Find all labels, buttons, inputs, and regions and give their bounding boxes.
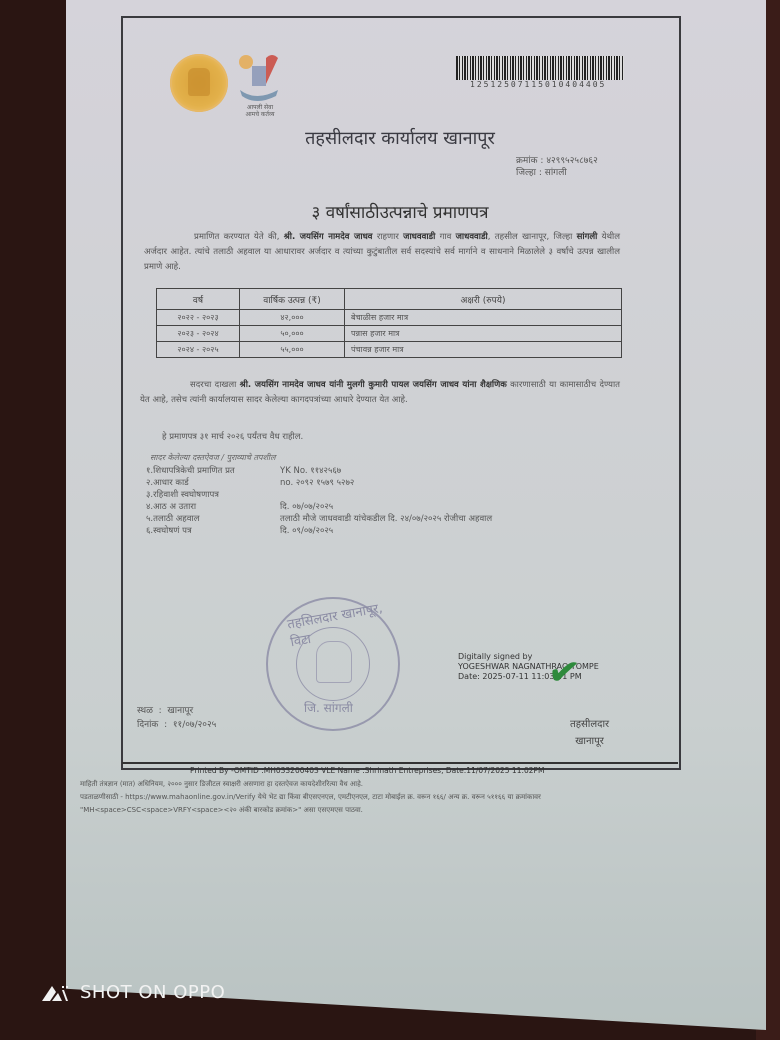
place-label: स्थळ bbox=[137, 706, 153, 716]
jilha-label: जिल्हा bbox=[516, 168, 536, 178]
aaple-sarkar-logo-icon bbox=[236, 50, 284, 112]
year-cell: २०२४ - २०२५ bbox=[157, 342, 240, 358]
document-item-value: दि. ०९/०७/२०२५ bbox=[280, 525, 333, 536]
certificate-title: ३ वर्षांसाठीउत्पन्नाचे प्रमाणपत्र bbox=[120, 200, 680, 223]
maharashtra-emblem-icon bbox=[170, 54, 228, 112]
year-cell: २०२३ - २०२४ bbox=[157, 326, 240, 342]
oppo-camera-logo-icon bbox=[40, 984, 72, 1002]
printed-by-line: Printed By -OMTID :MH033200403 VLE Name … bbox=[190, 766, 545, 775]
validity-text: हे प्रमाणपत्र ३१ मार्च २०२६ पर्यंतच वैध … bbox=[162, 431, 303, 442]
kramank-label: क्रमांक bbox=[516, 156, 538, 166]
document-item-value: दि. ०७/०७/२०२५ bbox=[280, 501, 333, 512]
date-value: ११/०७/२०२५ bbox=[173, 720, 217, 730]
office-seal-stamp: तहसिलदार खानापूर, विटा जि. सांगली bbox=[266, 597, 400, 731]
divider bbox=[122, 762, 678, 764]
intro-paragraph: प्रमाणित करण्यात येते की, श्री. जयसिंग न… bbox=[144, 230, 620, 275]
camera-watermark: SHOT ON OPPO bbox=[80, 982, 225, 1003]
place-date-block: स्थळ : खानापूर दिनांक : ११/०७/२०२५ bbox=[137, 704, 216, 732]
words-cell: पंचावन्न हजार मात्र bbox=[345, 342, 622, 358]
document-item-label: ३.रहिवाशी स्वघोषणापत्र bbox=[146, 489, 219, 500]
words-cell: बेचाळीस हजार मात्र bbox=[345, 310, 622, 326]
kramank-value: ४२९९५२५८७६२ bbox=[546, 156, 597, 166]
words-cell: पन्नास हजार मात्र bbox=[345, 326, 622, 342]
document-item-label: १.शिधापत्रिकेची प्रमाणित प्रत bbox=[146, 465, 235, 476]
income-cell: ५०,००० bbox=[240, 326, 345, 342]
document-item-label: ६.स्वघोषणं पत्र bbox=[146, 525, 192, 536]
purpose-paragraph: सदरचा दाखला श्री. जयसिंग नामदेव जाधव यां… bbox=[140, 378, 620, 408]
office-title: तहसीलदार कार्यालय खानापूर bbox=[120, 126, 680, 150]
income-cell: ५५,००० bbox=[240, 342, 345, 358]
income-table-row: २०२४ - २०२५५५,०००पंचावन्न हजार मात्र bbox=[157, 342, 622, 358]
header-in-words: अक्षरी (रुपये) bbox=[345, 289, 622, 310]
verification-footer: माहिती तंत्रज्ञान (मा‍त) अधिनियम, २००० न… bbox=[80, 778, 700, 817]
date-label: दिनांक bbox=[137, 720, 158, 730]
income-cell: ४२,००० bbox=[240, 310, 345, 326]
header-year: वर्ष bbox=[157, 289, 240, 310]
document-item-value: no. २०९२ १५७९ ५२७२ bbox=[280, 477, 354, 488]
header-annual-income: वार्षिक उत्पन्न (₹) bbox=[240, 289, 345, 310]
signatory-block: तहसीलदार खानापूर bbox=[570, 716, 609, 750]
jilha-value: सांगली bbox=[545, 168, 567, 178]
place-value: खानापूर bbox=[167, 706, 193, 716]
income-table: वर्ष वार्षिक उत्पन्न (₹) अक्षरी (रुपये) … bbox=[156, 288, 622, 358]
document-item-value: YK No. ११४२५६७ bbox=[280, 465, 341, 476]
year-cell: २०२२ - २०२३ bbox=[157, 310, 240, 326]
document-item-label: ५.तलाठी अहवाल bbox=[146, 513, 199, 524]
income-table-row: २०२३ - २०२४५०,०००पन्नास हजार मात्र bbox=[157, 326, 622, 342]
ashoka-emblem-icon bbox=[316, 641, 352, 683]
income-table-header: वर्ष वार्षिक उत्पन्न (₹) अक्षरी (रुपये) bbox=[157, 289, 622, 310]
document-item-label: ४.आठ अ उतारा bbox=[146, 501, 196, 512]
barcode-number: 12512507115010404405 bbox=[470, 80, 606, 89]
reference-block: क्रमांक : ४२९९५२५८७६२ जिल्हा : सांगली bbox=[516, 155, 598, 179]
income-table-row: २०२२ - २०२३४२,०००बेचाळीस हजार मात्र bbox=[157, 310, 622, 326]
signature-valid-check-icon: ✔ bbox=[545, 648, 583, 696]
documents-heading: सादर केलेल्या दस्तऐवज / पुराव्याचे तपशील bbox=[150, 452, 276, 463]
document-item-label: २.आधार कार्ड bbox=[146, 477, 189, 488]
document-item-value: तलाठी मौजे जाधववाडी यांचेकडील दि. २४/०७/… bbox=[280, 513, 492, 524]
stamp-bottom-text: जि. सांगली bbox=[304, 699, 353, 716]
barcode bbox=[456, 56, 624, 80]
logo-tagline: आपली सेवा आमचे कर्तव्य bbox=[234, 104, 286, 118]
